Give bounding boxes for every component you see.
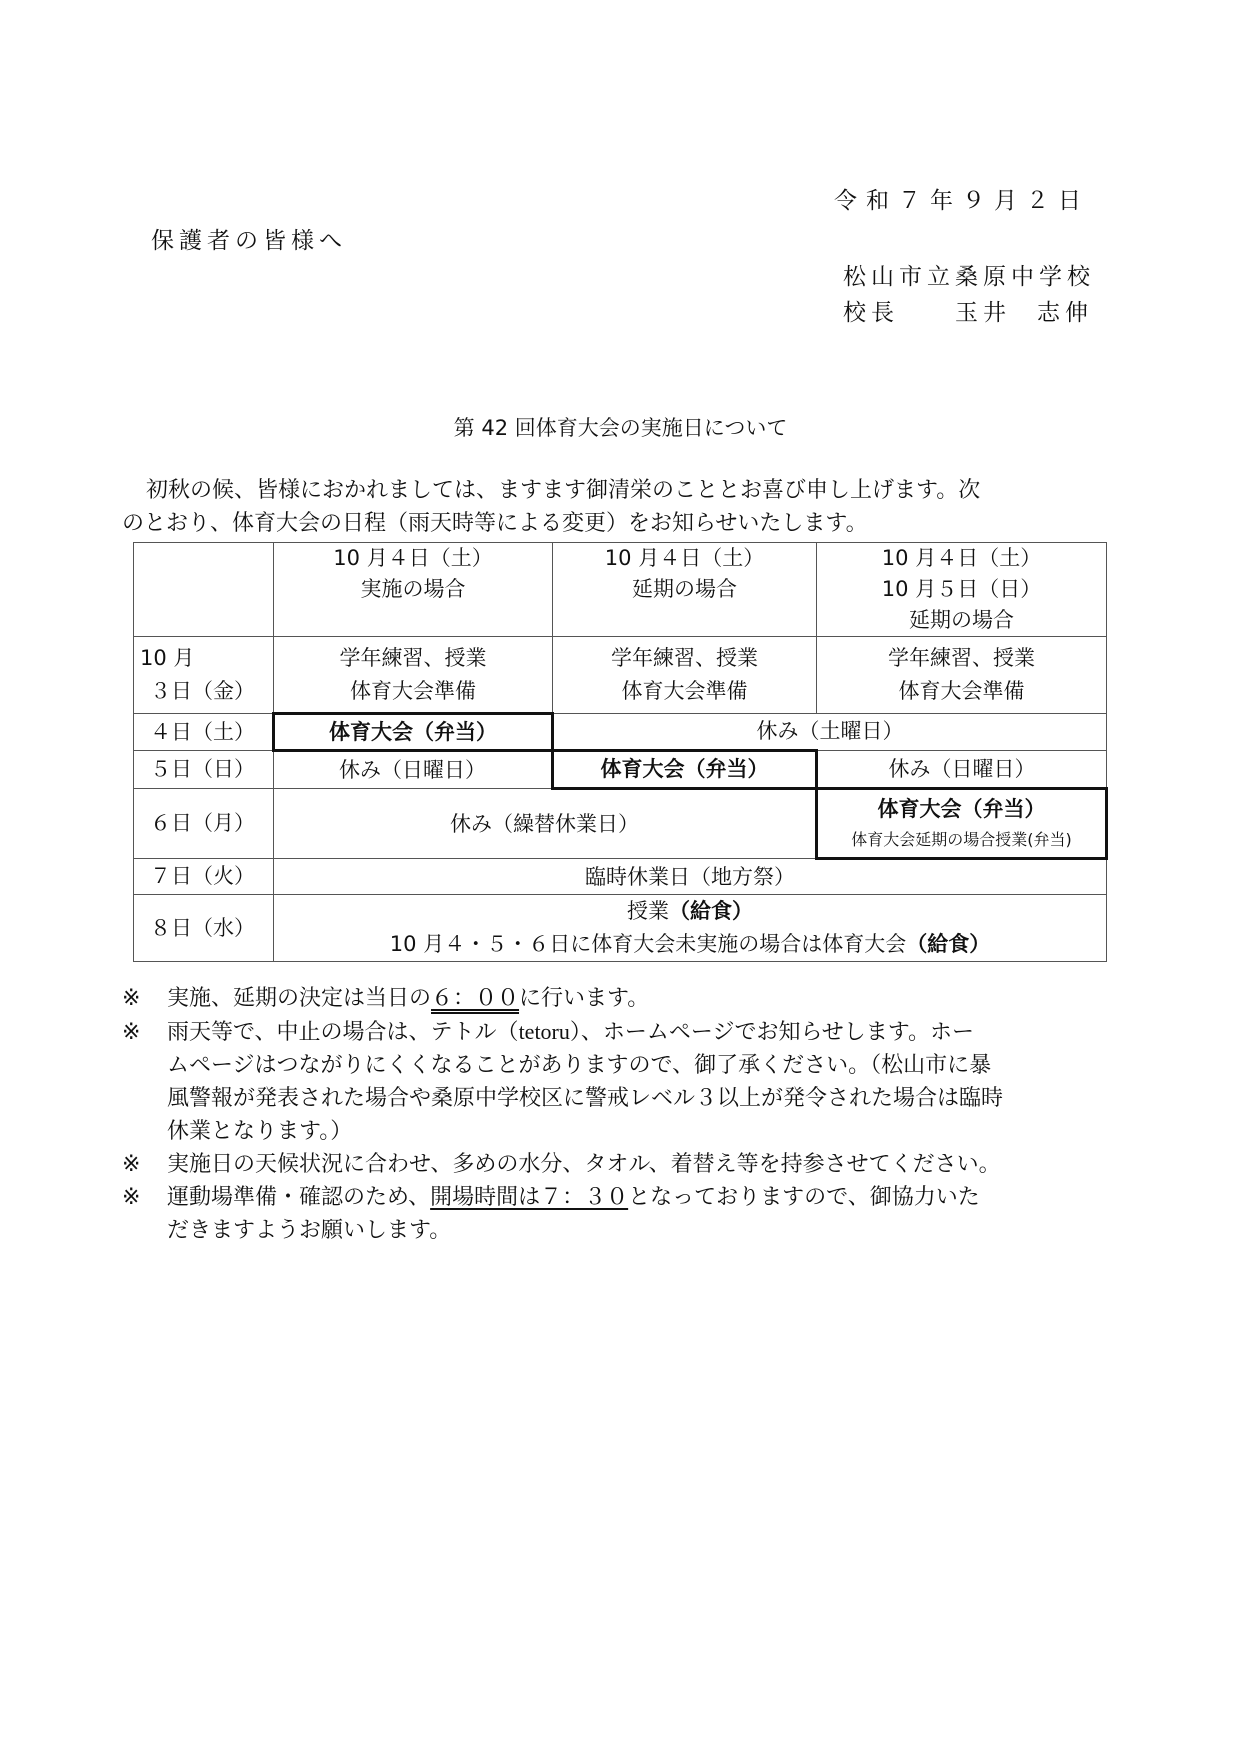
intro-paragraph: 初秋の候、皆様におかれましては、ますます御清栄のこととお喜び申し上げます。次 の…: [122, 474, 1122, 540]
cell-oct6-holiday: 休み（繰替休業日）: [274, 789, 817, 859]
opening-time: 開場時間は７：３０: [430, 1185, 628, 1210]
column-header-line: 10 月４日（土）: [817, 543, 1106, 574]
note-text: に行います。: [519, 986, 649, 1011]
day-cell-oct4: ４日（土）: [134, 714, 274, 751]
schedule-table: 10 月４日（土） 実施の場合 10 月４日（土） 延期の場合 10 月４日（土…: [133, 542, 1108, 962]
note-text: 実施、延期の決定は当日の: [167, 986, 431, 1011]
note-text: 休業となります。）: [144, 1115, 1122, 1148]
note-text: となっておりますので、御協力いた: [628, 1185, 980, 1210]
intro-line-1: 初秋の候、皆様におかれましては、ますます御清栄のこととお喜び申し上げます。次: [122, 474, 1122, 507]
day-cell-oct3: 10 月 ３日（金）: [134, 637, 274, 714]
cell-line: 学年練習、授業: [274, 642, 552, 675]
note-belongings: ※実施日の天候状況に合わせ、多めの水分、タオル、着替え等を持参させてください。: [122, 1148, 1122, 1181]
cell-line: 体育大会準備: [274, 675, 552, 708]
column-header-held: 10 月４日（土） 実施の場合: [274, 543, 553, 637]
cell-oct3-c1: 学年練習、授業体育大会準備: [274, 637, 553, 714]
intro-line-2: のとおり、体育大会の日程（雨天時等による変更）をお知らせいたします。: [122, 507, 1122, 540]
note-decision-time: ※実施、延期の決定は当日の６：００に行います。: [122, 982, 1122, 1015]
note-opening-time: ※運動場準備・確認のため、開場時間は７：３０となっておりますので、御協力いただき…: [122, 1181, 1122, 1247]
table-header-row: 10 月４日（土） 実施の場合 10 月４日（土） 延期の場合 10 月４日（土…: [134, 543, 1107, 637]
table-row-oct4: ４日（土） 体育大会（弁当） 休み（土曜日）: [134, 714, 1107, 751]
column-header-line: 10 月５日（日）: [817, 574, 1106, 605]
day-cell-oct6: ６日（月）: [134, 789, 274, 859]
table-row-oct3: 10 月 ３日（金） 学年練習、授業体育大会準備 学年練習、授業体育大会準備 学…: [134, 637, 1107, 714]
school-name: 松山市立桑原中学校: [843, 258, 1095, 291]
table-row-oct8: ８日（水） 授業（給食） 10 月４・５・６日に体育大会未実施の場合は体育大会（…: [134, 895, 1107, 962]
decision-time: ６：００: [431, 986, 519, 1011]
day-cell-oct8: ８日（水）: [134, 895, 274, 962]
column-header-line: 延期の場合: [553, 574, 816, 605]
cell-oct3-c3: 学年練習、授業体育大会準備: [817, 637, 1107, 714]
cell-sub-text: 体育大会延期の場合授業(弁当): [818, 826, 1105, 854]
column-header-postponed-twice: 10 月４日（土） 10 月５日（日） 延期の場合: [817, 543, 1107, 637]
principal-surname: 玉井: [955, 300, 1011, 326]
note-text: 雨天等で、中止の場合は、テトル（: [167, 1020, 519, 1045]
column-header-postponed-once: 10 月４日（土） 延期の場合: [553, 543, 817, 637]
table-row-oct7: ７日（火） 臨時休業日（地方祭）: [134, 859, 1107, 895]
cell-oct7-holiday: 臨時休業日（地方祭）: [274, 859, 1107, 895]
cell-line: 体育大会準備: [817, 675, 1106, 708]
cell-oct8-classes: 授業（給食） 10 月４・５・６日に体育大会未実施の場合は体育大会（給食）: [274, 895, 1107, 962]
classes-label: 授業: [627, 899, 669, 923]
reference-mark-icon: ※: [122, 982, 167, 1015]
note-text: 実施日の天候状況に合わせ、多めの水分、タオル、着替え等を持参させてください。: [167, 1152, 1001, 1177]
note-text: だきますようお願いします。: [144, 1214, 1122, 1247]
column-header-line: 10 月４日（土）: [274, 543, 552, 574]
cell-line: 10 月４・５・６日に体育大会未実施の場合は体育大会（給食）: [274, 928, 1106, 961]
table-row-oct5: ５日（日） 休み（日曜日） 体育大会（弁当） 休み（日曜日）: [134, 751, 1107, 789]
note-text: ムページはつながりにくくなることがありますので、御了承ください。（松山市に暴: [144, 1049, 1122, 1082]
note-text: 風警報が発表された場合や桑原中学校区に警戒レベル３以上が発令された場合は臨時: [144, 1082, 1122, 1115]
cell-main-text: 体育大会（弁当）: [818, 793, 1105, 826]
fallback-text: 10 月４・５・６日に体育大会未実施の場合は体育大会: [390, 932, 906, 956]
month-label: 10 月: [140, 642, 273, 675]
reference-mark-icon: ※: [122, 1016, 167, 1049]
table-row-oct6: ６日（月） 休み（繰替休業日） 体育大会（弁当） 体育大会延期の場合授業(弁当): [134, 789, 1107, 859]
document-title: 第 42 回体育大会の実施日について: [0, 412, 1241, 442]
addressee: 保護者の皆様へ: [151, 222, 347, 255]
cell-line: 授業（給食）: [274, 895, 1106, 928]
principal-given-name: 志伸: [1037, 300, 1093, 326]
day-label: ３日（金）: [140, 675, 273, 708]
cell-oct3-c2: 学年練習、授業体育大会準備: [553, 637, 817, 714]
document-date: 令和７年９月２日: [834, 182, 1090, 215]
cell-line: 学年練習、授業: [817, 642, 1106, 675]
cell-oct4-rest: 休み（土曜日）: [553, 714, 1107, 751]
notes-list: ※実施、延期の決定は当日の６：００に行います。 ※雨天等で、中止の場合は、テトル…: [122, 982, 1122, 1247]
note-cancellation: ※雨天等で、中止の場合は、テトル（tetoru）、ホームページでお知らせします。…: [122, 1015, 1122, 1148]
cell-line: 学年練習、授業: [553, 642, 816, 675]
column-header-line: 実施の場合: [274, 574, 552, 605]
cell-oct5-sports-day: 体育大会（弁当）: [553, 751, 817, 789]
cell-line: 体育大会準備: [553, 675, 816, 708]
empty-corner-cell: [134, 543, 274, 637]
tetoru-label: tetoru: [519, 1019, 570, 1044]
lunch-label: （給食）: [906, 932, 990, 956]
note-text: ）、ホームページでお知らせします。ホー: [570, 1020, 974, 1045]
column-header-line: 10 月４日（土）: [553, 543, 816, 574]
cell-oct6-sports-day: 体育大会（弁当） 体育大会延期の場合授業(弁当): [817, 789, 1107, 859]
principal-title: 校長: [843, 300, 899, 326]
reference-mark-icon: ※: [122, 1181, 167, 1214]
cell-oct5-c1: 休み（日曜日）: [274, 751, 553, 789]
column-header-line: 延期の場合: [817, 605, 1106, 636]
day-cell-oct5: ５日（日）: [134, 751, 274, 789]
day-cell-oct7: ７日（火）: [134, 859, 274, 895]
cell-oct5-c3: 休み（日曜日）: [817, 751, 1107, 789]
note-text: 運動場準備・確認のため、: [167, 1185, 430, 1210]
lunch-label: （給食）: [669, 899, 753, 923]
principal-signature: 校長玉井志伸: [843, 294, 1093, 327]
reference-mark-icon: ※: [122, 1148, 167, 1181]
cell-oct4-sports-day: 体育大会（弁当）: [274, 714, 553, 751]
